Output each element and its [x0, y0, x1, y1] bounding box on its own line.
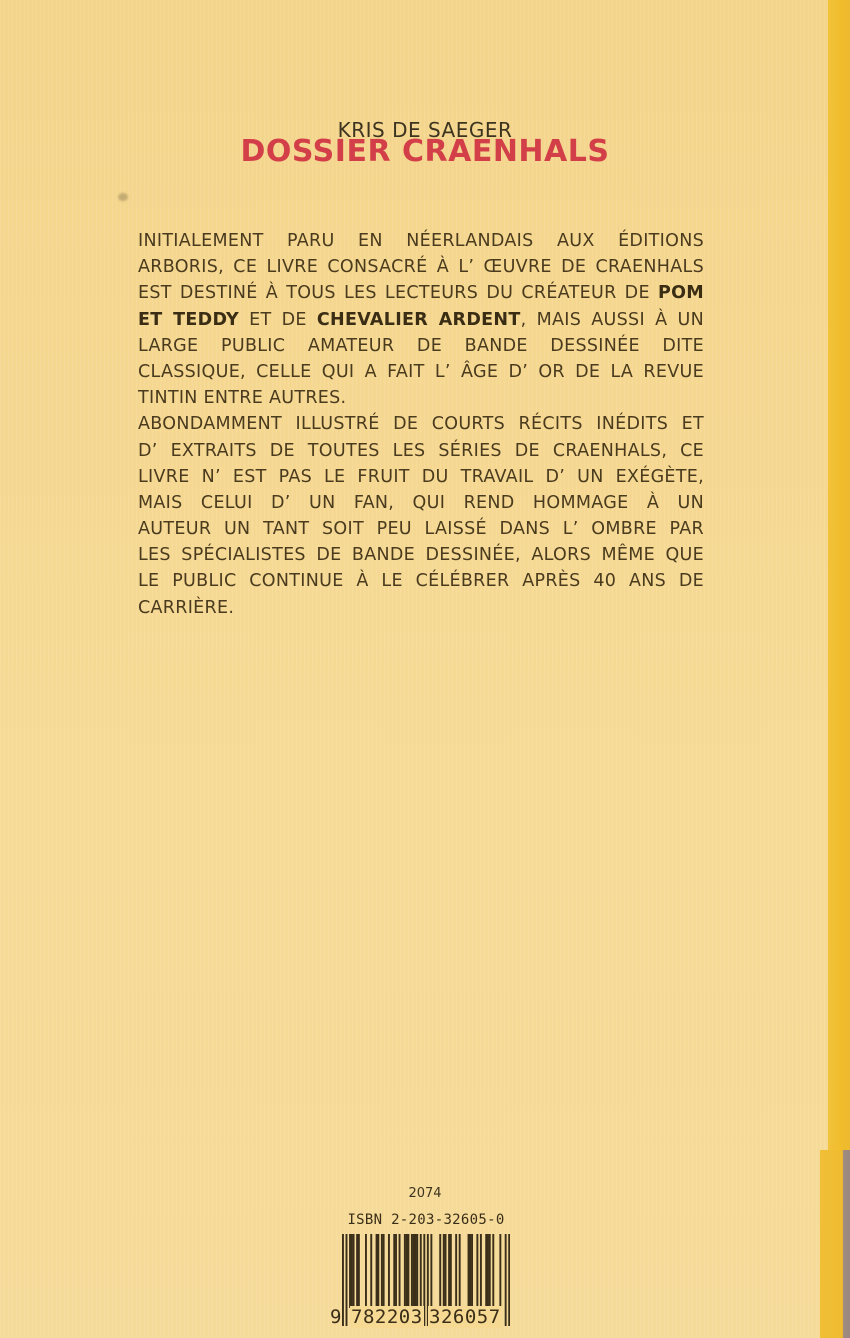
blurb-line: MAIS CELUI D’ UN FAN, QUI REND HOMMAGE À…: [138, 490, 704, 516]
ean-right-group: 326057: [428, 1306, 502, 1328]
blurb-segment: INITIALEMENT PARU EN NÉERLANDAIS AUX ÉDI…: [138, 231, 704, 251]
blurb-line: TINTIN ENTRE AUTRES.: [138, 385, 704, 411]
blurb-segment: LIVRE N’ EST PAS LE FRUIT DU TRAVAIL D’ …: [138, 467, 704, 487]
blurb-segment: , MAIS AUSSI À UN: [521, 310, 704, 330]
blurb-segment: D’ EXTRAITS DE TOUTES LES SÉRIES DE CRAE…: [138, 441, 704, 461]
blurb-segment: ET DE: [239, 310, 317, 330]
blurb-segment: ARBORIS, CE LIVRE CONSACRÉ À L’ ŒUVRE DE…: [138, 257, 704, 277]
blurb-segment: AUTEUR UN TANT SOIT PEU LAISSÉ DANS L’ O…: [138, 519, 704, 539]
blurb-line: LIVRE N’ EST PAS LE FRUIT DU TRAVAIL D’ …: [138, 464, 704, 490]
spine-edge-lower: [820, 1150, 850, 1338]
blurb-segment: CARRIÈRE.: [138, 598, 234, 618]
blurb-segment: LES SPÉCIALISTES DE BANDE DESSINÉE, ALOR…: [138, 545, 704, 565]
catalog-code: 2074: [0, 1186, 850, 1201]
blurb-line: EST DESTINÉ À TOUS LES LECTEURS DU CRÉAT…: [138, 280, 704, 306]
ean-digits: 9 782203 326057: [330, 1306, 520, 1330]
blurb-line: INITIALEMENT PARU EN NÉERLANDAIS AUX ÉDI…: [138, 228, 704, 254]
blurb-text: INITIALEMENT PARU EN NÉERLANDAIS AUX ÉDI…: [138, 228, 704, 621]
series-title: ET TEDDY: [138, 310, 239, 330]
blurb-line: ET TEDDY ET DE CHEVALIER ARDENT, MAIS AU…: [138, 307, 704, 333]
blurb-line: D’ EXTRAITS DE TOUTES LES SÉRIES DE CRAE…: [138, 438, 704, 464]
blurb-line: LARGE PUBLIC AMATEUR DE BANDE DESSINÉE D…: [138, 333, 704, 359]
blurb-line: LE PUBLIC CONTINUE À LE CÉLÉBRER APRÈS 4…: [138, 568, 704, 594]
blurb-line: CARRIÈRE.: [138, 595, 704, 621]
spine-edge: [828, 0, 850, 1338]
blurb-line: AUTEUR UN TANT SOIT PEU LAISSÉ DANS L’ O…: [138, 516, 704, 542]
blurb-line: ARBORIS, CE LIVRE CONSACRÉ À L’ ŒUVRE DE…: [138, 254, 704, 280]
blurb-segment: MAIS CELUI D’ UN FAN, QUI REND HOMMAGE À…: [138, 493, 704, 513]
blurb-segment: CLASSIQUE, CELLE QUI A FAIT L’ ÂGE D’ OR…: [138, 362, 704, 382]
blurb-line: ABONDAMMENT ILLUSTRÉ DE COURTS RÉCITS IN…: [138, 411, 704, 437]
blurb-line: CLASSIQUE, CELLE QUI A FAIT L’ ÂGE D’ OR…: [138, 359, 704, 385]
blurb-segment: LARGE PUBLIC AMATEUR DE BANDE DESSINÉE D…: [138, 336, 704, 356]
blurb-segment: ABONDAMMENT ILLUSTRÉ DE COURTS RÉCITS IN…: [138, 414, 704, 434]
paper-blemish: [118, 193, 128, 201]
ean-left-group: 782203: [350, 1306, 424, 1328]
book-title: DOSSIER CRAENHALS: [0, 134, 850, 169]
blurb-segment: TINTIN ENTRE AUTRES.: [138, 388, 346, 408]
isbn-label: ISBN 2-203-32605-0: [343, 1212, 509, 1228]
blurb-segment: EST DESTINÉ À TOUS LES LECTEURS DU CRÉAT…: [138, 283, 658, 303]
ean-first-digit: 9: [330, 1306, 341, 1328]
series-title: POM: [658, 283, 704, 303]
series-title: CHEVALIER ARDENT: [317, 310, 521, 330]
blurb-segment: LE PUBLIC CONTINUE À LE CÉLÉBRER APRÈS 4…: [138, 571, 704, 591]
blurb-line: LES SPÉCIALISTES DE BANDE DESSINÉE, ALOR…: [138, 542, 704, 568]
